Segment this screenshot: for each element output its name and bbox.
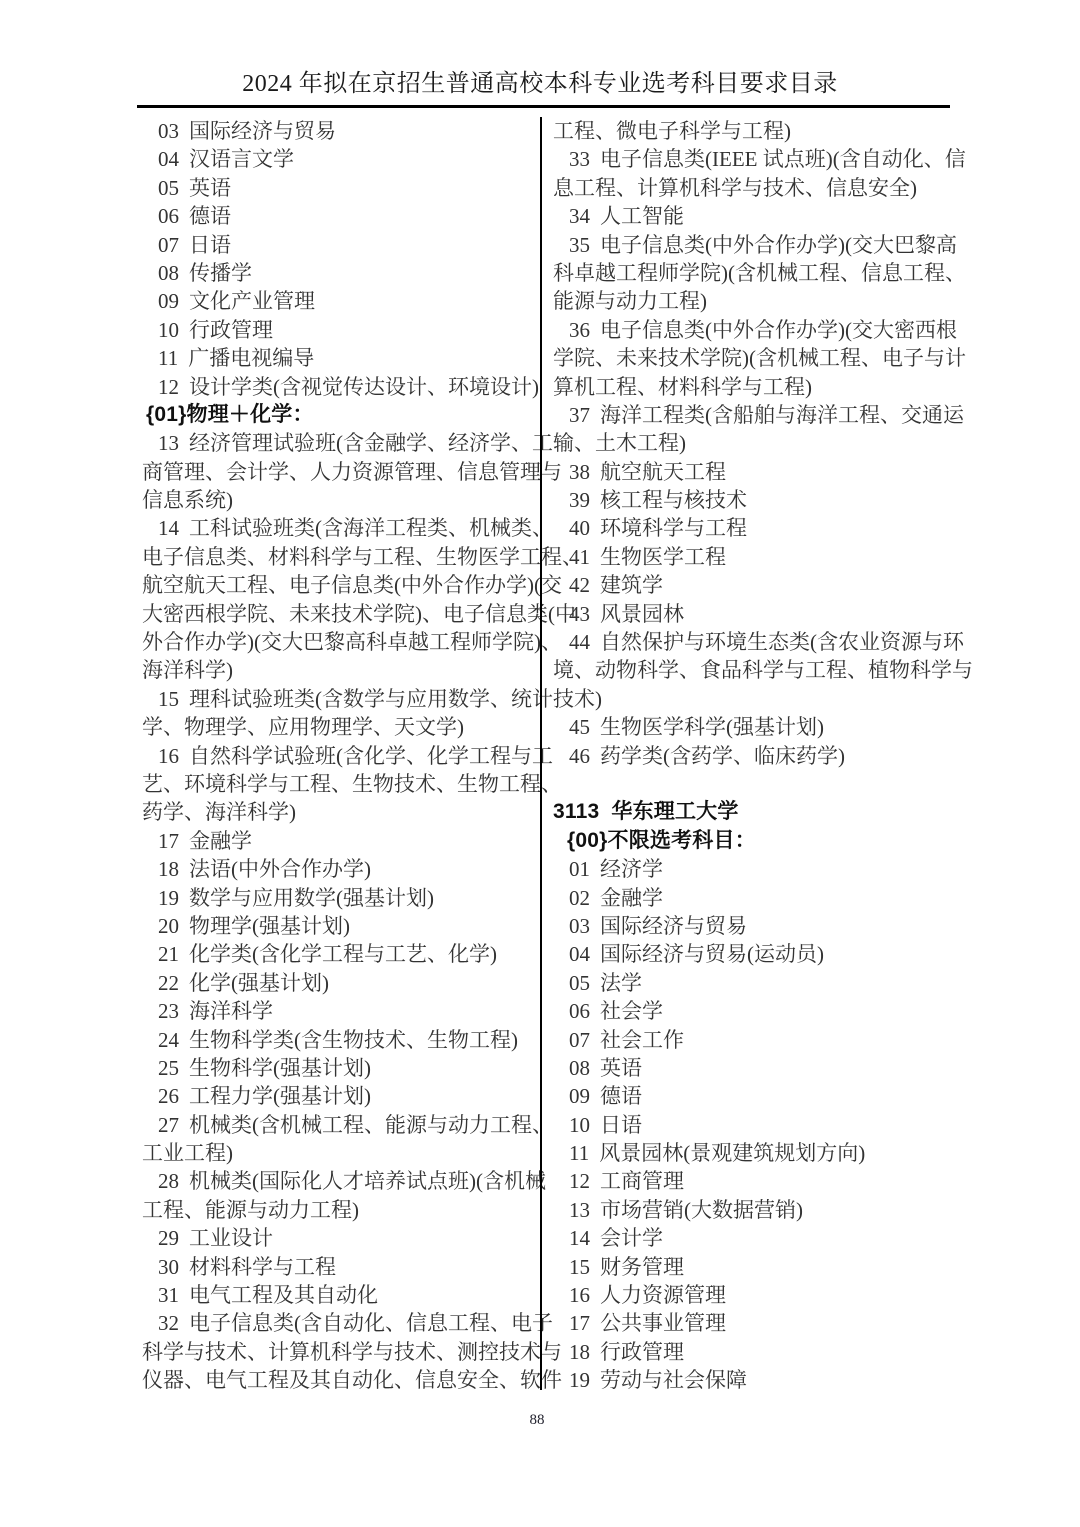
major-name: 行政管理 <box>600 1340 684 1364</box>
major-item-line: 22化学(强基计划) <box>142 969 532 997</box>
major-code: 03 <box>158 119 179 143</box>
major-name: 自然保护与环境生态类(含农业资源与环 <box>600 630 964 654</box>
major-name: 工科试验班类(含海洋工程类、机械类、 <box>189 516 553 540</box>
major-code: 21 <box>158 942 179 966</box>
major-code: 46 <box>569 744 590 768</box>
major-name: 海洋科学 <box>189 999 273 1023</box>
major-code: 11 <box>569 1141 589 1165</box>
major-name-continuation-line: 科卓越工程师学院)(含机械工程、信息工程、 <box>553 259 943 287</box>
major-name: 经济管理试验班(含金融学、经济学、工 <box>189 431 553 455</box>
school-heading: 3113华东理工大学 <box>553 798 943 826</box>
major-name: 海洋工程类(含船舶与海洋工程、交通运 <box>600 403 964 427</box>
major-code: 34 <box>569 204 590 228</box>
major-name: 工业设计 <box>189 1226 273 1250</box>
major-item-line: 06社会学 <box>553 997 943 1025</box>
major-item-line: 19劳动与社会保障 <box>553 1366 943 1394</box>
major-code: 26 <box>158 1084 179 1108</box>
major-item-line: 05英语 <box>142 174 532 202</box>
major-item-line: 26工程力学(强基计划) <box>142 1082 532 1110</box>
major-name: 自然科学试验班(含化学、化学工程与工 <box>189 744 553 768</box>
major-code: 05 <box>569 971 590 995</box>
major-code: 16 <box>158 744 179 768</box>
major-item-line: 43风景园林 <box>553 600 943 628</box>
major-item-line: 04汉语言文学 <box>142 145 532 173</box>
major-name: 传播学 <box>189 261 252 285</box>
major-code: 38 <box>569 460 590 484</box>
major-name: 社会工作 <box>600 1028 684 1052</box>
major-code: 43 <box>569 602 590 626</box>
major-code: 27 <box>158 1113 179 1137</box>
major-code: 06 <box>569 999 590 1023</box>
blank-line <box>553 770 943 798</box>
major-code: 16 <box>569 1283 590 1307</box>
major-item-line: 11风景园林(景观建筑规划方向) <box>553 1139 943 1167</box>
major-code: 06 <box>158 204 179 228</box>
major-name: 电子信息类(中外合作办学)(交大巴黎高 <box>600 233 957 257</box>
major-item-line: 19数学与应用数学(强基计划) <box>142 884 532 912</box>
major-item-line: 17公共事业管理 <box>553 1309 943 1337</box>
major-item-line: 16人力资源管理 <box>553 1281 943 1309</box>
major-item-line: 42建筑学 <box>553 571 943 599</box>
page-number: 88 <box>0 1412 1074 1429</box>
major-code: 02 <box>569 886 590 910</box>
major-item-line: 32电子信息类(含自动化、信息工程、电子 <box>142 1309 532 1337</box>
major-code: 31 <box>158 1283 179 1307</box>
major-item-line: 34人工智能 <box>553 202 943 230</box>
major-code: 45 <box>569 715 590 739</box>
major-code: 11 <box>158 346 178 370</box>
major-name: 航空航天工程 <box>600 460 726 484</box>
major-name-continuation-line: 息工程、计算机科学与技术、信息安全) <box>553 174 943 202</box>
major-item-line: 23海洋科学 <box>142 997 532 1025</box>
major-code: 14 <box>158 516 179 540</box>
header-rule <box>137 105 950 108</box>
major-name: 药学类(含药学、临床药学) <box>600 744 845 768</box>
major-item-line: 12设计学类(含视觉传达设计、环境设计) <box>142 373 532 401</box>
major-name: 德语 <box>189 204 231 228</box>
major-item-line: 09文化产业管理 <box>142 287 532 315</box>
major-code: 35 <box>569 233 590 257</box>
major-name: 经济学 <box>600 857 663 881</box>
major-name: 国际经济与贸易 <box>600 914 747 938</box>
major-name: 风景园林(景观建筑规划方向) <box>599 1141 865 1165</box>
major-code: 23 <box>158 999 179 1023</box>
major-code: 24 <box>158 1028 179 1052</box>
major-code: 05 <box>158 176 179 200</box>
major-name: 电子信息类(含自动化、信息工程、电子 <box>189 1311 553 1335</box>
major-name: 日语 <box>600 1113 642 1137</box>
major-item-line: 33电子信息类(IEEE 试点班)(含自动化、信 <box>553 145 943 173</box>
major-code: 30 <box>158 1255 179 1279</box>
major-name: 行政管理 <box>189 318 273 342</box>
major-item-line: 38航空航天工程 <box>553 458 943 486</box>
major-name: 化学(强基计划) <box>189 971 329 995</box>
major-item-line: 18行政管理 <box>553 1338 943 1366</box>
major-item-line: 44自然保护与环境生态类(含农业资源与环 <box>553 628 943 656</box>
left-column: 03国际经济与贸易04汉语言文学05英语06德语07日语08传播学09文化产业管… <box>142 117 532 1395</box>
major-name: 会计学 <box>600 1226 663 1250</box>
major-item-line: 07社会工作 <box>553 1026 943 1054</box>
major-item-line: 24生物科学类(含生物技术、生物工程) <box>142 1026 532 1054</box>
major-code: 07 <box>569 1028 590 1052</box>
major-code: 19 <box>569 1368 590 1392</box>
major-name: 环境科学与工程 <box>600 516 747 540</box>
major-code: 07 <box>158 233 179 257</box>
major-item-line: 21化学类(含化学工程与工艺、化学) <box>142 940 532 968</box>
major-name: 公共事业管理 <box>600 1311 726 1335</box>
major-item-line: 25生物科学(强基计划) <box>142 1054 532 1082</box>
major-item-line: 11广播电视编导 <box>142 344 532 372</box>
major-name: 人工智能 <box>600 204 684 228</box>
major-name-continuation-line: 大密西根学院、未来技术学院)、电子信息类(中 <box>142 600 532 628</box>
major-name-continuation-line: 仪器、电气工程及其自动化、信息安全、软件 <box>142 1366 532 1394</box>
school-code: 3113 <box>553 800 599 823</box>
major-name: 生物科学类(含生物技术、生物工程) <box>189 1028 518 1052</box>
major-item-line: 30材料科学与工程 <box>142 1253 532 1281</box>
major-name-continuation-line: 电子信息类、材料科学与工程、生物医学工程、 <box>142 543 532 571</box>
major-name: 电子信息类(IEEE 试点班)(含自动化、信 <box>600 147 966 171</box>
major-item-line: 41生物医学工程 <box>553 543 943 571</box>
major-name: 金融学 <box>189 829 252 853</box>
major-code: 20 <box>158 914 179 938</box>
major-item-line: 16自然科学试验班(含化学、化学工程与工 <box>142 742 532 770</box>
major-item-line: 20物理学(强基计划) <box>142 912 532 940</box>
major-name: 机械类(国际化人才培养试点班)(含机械 <box>189 1169 546 1193</box>
major-name: 电子信息类(中外合作办学)(交大密西根 <box>600 318 957 342</box>
major-code: 09 <box>569 1084 590 1108</box>
major-item-line: 10行政管理 <box>142 316 532 344</box>
major-code: 36 <box>569 318 590 342</box>
major-name-continuation-line: 输、土木工程) <box>553 429 943 457</box>
major-name: 广播电视编导 <box>188 346 314 370</box>
major-code: 17 <box>158 829 179 853</box>
major-item-line: 09德语 <box>553 1082 943 1110</box>
major-item-line: 17金融学 <box>142 827 532 855</box>
major-item-line: 03国际经济与贸易 <box>553 912 943 940</box>
major-name-continuation-line: 工程、能源与动力工程) <box>142 1196 532 1224</box>
major-name-continuation-line: 药学、海洋科学) <box>142 798 532 826</box>
major-name: 法学 <box>600 971 642 995</box>
major-name-continuation-line: 工业工程) <box>142 1139 532 1167</box>
major-name-continuation-line: 航空航天工程、电子信息类(中外合作办学)(交 <box>142 571 532 599</box>
major-name: 物理学(强基计划) <box>189 914 350 938</box>
major-name-continuation-line: 工程、微电子科学与工程) <box>553 117 943 145</box>
document-page: 2024 年拟在京招生普通高校本科专业选考科目要求目录 03国际经济与贸易04汉… <box>0 0 1080 1527</box>
major-item-line: 12工商管理 <box>553 1167 943 1195</box>
major-name: 核工程与核技术 <box>600 488 747 512</box>
major-item-line: 36电子信息类(中外合作办学)(交大密西根 <box>553 316 943 344</box>
major-name-continuation-line: 算机工程、材料科学与工程) <box>553 373 943 401</box>
major-name: 德语 <box>600 1084 642 1108</box>
major-item-line: 15财务管理 <box>553 1253 943 1281</box>
major-item-line: 29工业设计 <box>142 1224 532 1252</box>
major-code: 10 <box>158 318 179 342</box>
major-name: 财务管理 <box>600 1255 684 1279</box>
major-code: 12 <box>158 375 179 399</box>
major-code: 13 <box>569 1198 590 1222</box>
major-name: 人力资源管理 <box>600 1283 726 1307</box>
column-divider <box>540 117 542 1390</box>
major-code: 39 <box>569 488 590 512</box>
major-code: 08 <box>569 1056 590 1080</box>
major-item-line: 37海洋工程类(含船舶与海洋工程、交通运 <box>553 401 943 429</box>
major-item-line: 40环境科学与工程 <box>553 514 943 542</box>
page-title: 2024 年拟在京招生普通高校本科专业选考科目要求目录 <box>0 71 1080 99</box>
major-item-line: 14工科试验班类(含海洋工程类、机械类、 <box>142 514 532 542</box>
major-item-line: 13市场营销(大数据营销) <box>553 1196 943 1224</box>
major-name-continuation-line: 学院、未来技术学院)(含机械工程、电子与计 <box>553 344 943 372</box>
school-name: 华东理工大学 <box>611 800 738 823</box>
major-name: 英语 <box>600 1056 642 1080</box>
major-code: 22 <box>158 971 179 995</box>
major-name-continuation-line: 技术) <box>553 685 943 713</box>
major-item-line: 13经济管理试验班(含金融学、经济学、工 <box>142 429 532 457</box>
major-code: 42 <box>569 573 590 597</box>
major-name: 机械类(含机械工程、能源与动力工程、 <box>189 1113 553 1137</box>
major-name: 国际经济与贸易(运动员) <box>600 942 824 966</box>
major-name: 生物科学(强基计划) <box>189 1056 371 1080</box>
major-item-line: 27机械类(含机械工程、能源与动力工程、 <box>142 1111 532 1139</box>
major-item-line: 31电气工程及其自动化 <box>142 1281 532 1309</box>
subject-requirement-heading: {01}物理＋化学： <box>142 401 532 429</box>
major-name: 化学类(含化学工程与工艺、化学) <box>189 942 497 966</box>
major-name: 设计学类(含视觉传达设计、环境设计) <box>189 375 539 399</box>
major-code: 37 <box>569 403 590 427</box>
major-name-continuation-line: 外合作办学)(交大巴黎高科卓越工程师学院)、 <box>142 628 532 656</box>
major-item-line: 07日语 <box>142 231 532 259</box>
major-code: 40 <box>569 516 590 540</box>
right-column: 工程、微电子科学与工程)33电子信息类(IEEE 试点班)(含自动化、信息工程、… <box>553 117 943 1395</box>
major-item-line: 04国际经济与贸易(运动员) <box>553 940 943 968</box>
major-code: 09 <box>158 289 179 313</box>
major-code: 03 <box>569 914 590 938</box>
major-item-line: 45生物医学科学(强基计划) <box>553 713 943 741</box>
major-name: 风景园林 <box>600 602 684 626</box>
major-code: 33 <box>569 147 590 171</box>
major-name: 生物医学科学(强基计划) <box>600 715 824 739</box>
major-code: 13 <box>158 431 179 455</box>
major-item-line: 10日语 <box>553 1111 943 1139</box>
major-name: 国际经济与贸易 <box>189 119 336 143</box>
major-name-continuation-line: 海洋科学) <box>142 656 532 684</box>
major-code: 44 <box>569 630 590 654</box>
major-name: 工程力学(强基计划) <box>189 1084 371 1108</box>
major-code: 28 <box>158 1169 179 1193</box>
major-name-continuation-line: 商管理、会计学、人力资源管理、信息管理与 <box>142 458 532 486</box>
major-item-line: 14会计学 <box>553 1224 943 1252</box>
major-name: 英语 <box>189 176 231 200</box>
major-code: 15 <box>569 1255 590 1279</box>
major-name: 日语 <box>189 233 231 257</box>
major-item-line: 35电子信息类(中外合作办学)(交大巴黎高 <box>553 231 943 259</box>
major-name: 电气工程及其自动化 <box>189 1283 378 1307</box>
major-code: 17 <box>569 1311 590 1335</box>
major-name: 生物医学工程 <box>600 545 726 569</box>
major-item-line: 39核工程与核技术 <box>553 486 943 514</box>
major-name: 文化产业管理 <box>189 289 315 313</box>
major-code: 18 <box>158 857 179 881</box>
subject-requirement-heading: {00}不限选考科目： <box>553 827 943 855</box>
major-code: 12 <box>569 1169 590 1193</box>
major-name: 金融学 <box>600 886 663 910</box>
major-code: 04 <box>569 942 590 966</box>
major-name-continuation-line: 能源与动力工程) <box>553 287 943 315</box>
major-code: 14 <box>569 1226 590 1250</box>
major-item-line: 01经济学 <box>553 855 943 883</box>
major-name: 理科试验班类(含数学与应用数学、统计 <box>189 687 553 711</box>
major-name: 材料科学与工程 <box>189 1255 336 1279</box>
major-item-line: 08传播学 <box>142 259 532 287</box>
major-name-continuation-line: 学、物理学、应用物理学、天文学) <box>142 713 532 741</box>
major-code: 29 <box>158 1226 179 1250</box>
major-code: 04 <box>158 147 179 171</box>
major-item-line: 46药学类(含药学、临床药学) <box>553 742 943 770</box>
major-name: 工商管理 <box>600 1169 684 1193</box>
major-item-line: 05法学 <box>553 969 943 997</box>
major-name: 市场营销(大数据营销) <box>600 1198 803 1222</box>
major-item-line: 08英语 <box>553 1054 943 1082</box>
major-item-line: 06德语 <box>142 202 532 230</box>
major-item-line: 02金融学 <box>553 884 943 912</box>
major-name: 数学与应用数学(强基计划) <box>189 886 434 910</box>
major-name: 法语(中外合作办学) <box>189 857 371 881</box>
major-code: 41 <box>569 545 590 569</box>
major-code: 19 <box>158 886 179 910</box>
major-item-line: 03国际经济与贸易 <box>142 117 532 145</box>
major-item-line: 18法语(中外合作办学) <box>142 855 532 883</box>
major-name: 劳动与社会保障 <box>600 1368 747 1392</box>
major-name: 汉语言文学 <box>189 147 294 171</box>
major-code: 08 <box>158 261 179 285</box>
major-code: 15 <box>158 687 179 711</box>
major-name-continuation-line: 境、动物科学、食品科学与工程、植物科学与 <box>553 656 943 684</box>
major-item-line: 28机械类(国际化人才培养试点班)(含机械 <box>142 1167 532 1195</box>
major-code: 18 <box>569 1340 590 1364</box>
major-name: 社会学 <box>600 999 663 1023</box>
major-code: 01 <box>569 857 590 881</box>
major-name-continuation-line: 信息系统) <box>142 486 532 514</box>
major-name-continuation-line: 艺、环境科学与工程、生物技术、生物工程、 <box>142 770 532 798</box>
major-name: 建筑学 <box>600 573 663 597</box>
major-name-continuation-line: 科学与技术、计算机科学与技术、测控技术与 <box>142 1338 532 1366</box>
major-code: 32 <box>158 1311 179 1335</box>
major-code: 25 <box>158 1056 179 1080</box>
major-code: 10 <box>569 1113 590 1137</box>
major-item-line: 15理科试验班类(含数学与应用数学、统计 <box>142 685 532 713</box>
